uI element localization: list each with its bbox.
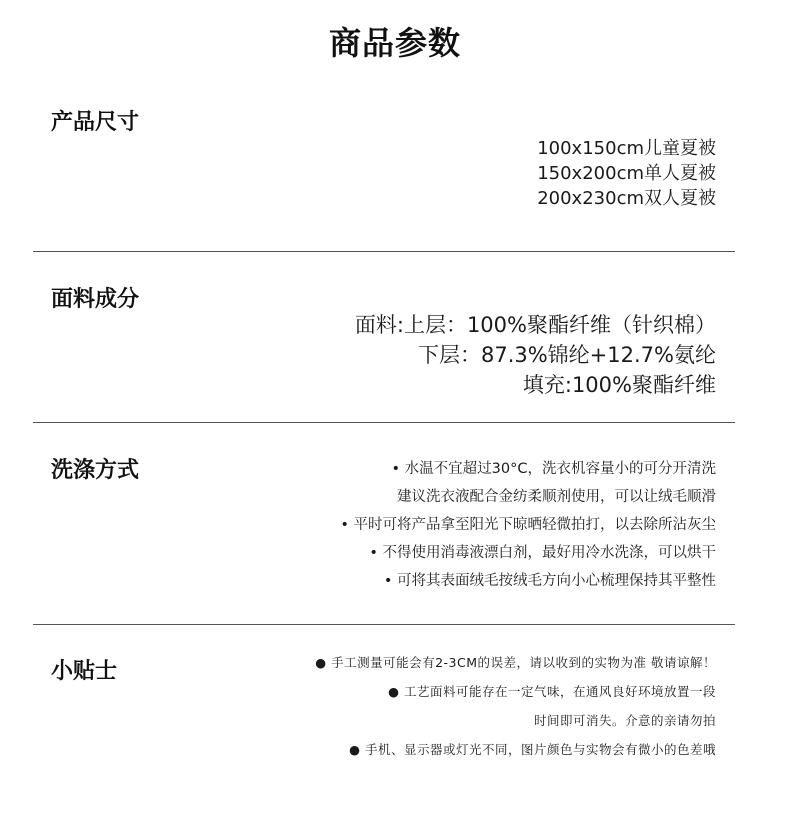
washing-line: • 可将其表面绒毛按绒毛方向小心梳理保持其平整性 (340, 567, 716, 595)
fabric-list: 面料:上层：100%聚酯纤维（针织棉） 下层：87.3%锦纶+12.7%氨纶 填… (355, 310, 716, 400)
size-line: 100x150cm儿童夏被 (537, 136, 716, 161)
section-label-washing: 洗涤方式 (51, 453, 139, 484)
fabric-line: 填充:100%聚酯纤维 (355, 370, 716, 400)
washing-line: • 不得使用消毒液漂白剂，最好用冷水洗涤，可以烘干 (340, 539, 716, 567)
divider (33, 251, 735, 252)
section-label-size: 产品尺寸 (51, 105, 139, 136)
fabric-line: 面料:上层：100%聚酯纤维（针织棉） (355, 310, 716, 340)
section-label-tips: 小贴士 (51, 654, 117, 685)
tip-line: ● 手机、显示器或灯光不同，图片颜色与实物会有微小的色差哦 (315, 735, 716, 764)
washing-line: • 平时可将产品拿至阳光下晾晒轻微拍打，以去除所沾灰尘 (340, 511, 716, 539)
washing-list: • 水温不宜超过30°C，洗衣机容量小的可分开清洗 建议洗衣液配合金纺柔顺剂使用… (340, 455, 716, 595)
washing-line: • 水温不宜超过30°C，洗衣机容量小的可分开清洗 (340, 455, 716, 483)
tip-line: 时间即可消失。介意的亲请勿拍 (315, 706, 716, 735)
tip-line: ● 工艺面料可能存在一定气味，在通风良好环境放置一段 (315, 677, 716, 706)
tip-line: ● 手工测量可能会有2-3CM的误差，请以收到的实物为准 敬请谅解！ (315, 648, 716, 677)
divider (33, 422, 735, 423)
size-list: 100x150cm儿童夏被 150x200cm单人夏被 200x230cm双人夏… (537, 136, 716, 211)
size-line: 200x230cm双人夏被 (537, 186, 716, 211)
washing-line: 建议洗衣液配合金纺柔顺剂使用，可以让绒毛顺滑 (340, 483, 716, 511)
section-label-fabric: 面料成分 (51, 282, 139, 313)
size-line: 150x200cm单人夏被 (537, 161, 716, 186)
fabric-line: 下层：87.3%锦纶+12.7%氨纶 (355, 340, 716, 370)
page-title: 商品参数 (0, 18, 790, 64)
tips-list: ● 手工测量可能会有2-3CM的误差，请以收到的实物为准 敬请谅解！ ● 工艺面… (315, 648, 716, 764)
divider (33, 624, 735, 625)
